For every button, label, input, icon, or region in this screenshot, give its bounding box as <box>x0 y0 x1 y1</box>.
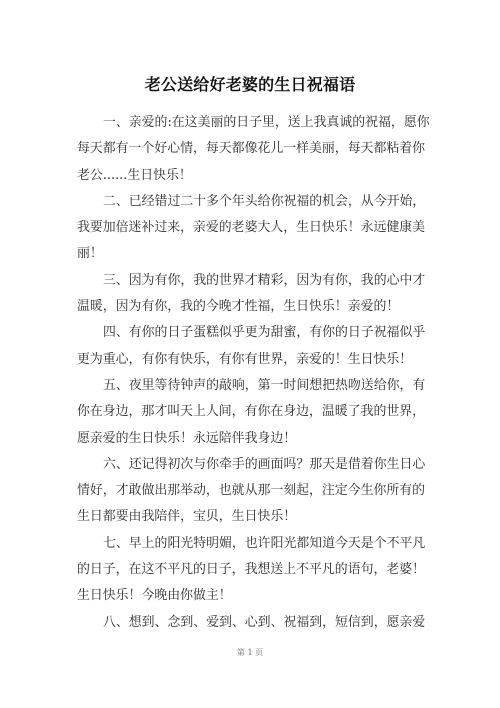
text-line: 我要加倍迷补过来，亲爱的老婆大人，生日快乐！永远健康美 <box>77 215 427 241</box>
document-body: 一、亲爱的:在这美丽的日子里，送上我真诚的祝福，愿你 每天都有一个好心情，每天都… <box>77 110 427 636</box>
text-line: 七、早上的阳光特明媚，也许阳光都知道今天是个不平凡 <box>77 531 427 557</box>
text-line: 四、有你的日子蛋糕似乎更为甜蜜，有你的日子祝福似乎 <box>77 320 427 346</box>
text-line: 一、亲爱的:在这美丽的日子里，送上我真诚的祝福，愿你 <box>77 110 427 136</box>
text-line: 六、还记得初次与你牵手的画面吗？那天是借着你生日心 <box>77 452 427 478</box>
text-line: 的日子，在这不平凡的日子，我想送上不平凡的语句，老婆！ <box>77 557 427 583</box>
document-title: 老公送给好老婆的生日祝福语 <box>0 75 500 95</box>
text-line: 更为重心，有你有快乐，有你有世界，亲爱的！生日快乐！ <box>77 347 427 373</box>
text-line: 愿亲爱的生日快乐！永远陪伴我身边！ <box>77 426 427 452</box>
text-line: 生日都要由我陪伴，宝贝，生日快乐！ <box>77 504 427 530</box>
text-line: 丽！ <box>77 241 427 267</box>
document-page: 老公送给好老婆的生日祝福语 一、亲爱的:在这美丽的日子里，送上我真诚的祝福，愿你… <box>0 0 500 708</box>
text-line: 二、已经错过二十多个年头给你祝福的机会，从今开始， <box>77 189 427 215</box>
text-line: 情好，才敢做出那举动，也就从那一刻起，注定今生你所有的 <box>77 478 427 504</box>
text-line: 五、夜里等待钟声的敲响，第一时间想把热吻送给你，有 <box>77 373 427 399</box>
text-line: 每天都有一个好心情，每天都像花儿一样美丽，每天都粘着你 <box>77 136 427 162</box>
text-line: 温暖，因为有你，我的今晚才性福，生日快乐！亲爱的！ <box>77 294 427 320</box>
text-line: 三、因为有你，我的世界才精彩，因为有你，我的心中才 <box>77 268 427 294</box>
text-line: 八、想到、念到、爱到、心到、祝福到，短信到，愿亲爱 <box>77 610 427 636</box>
page-number: 第 1 页 <box>0 647 500 659</box>
text-line: 生日快乐！今晚由你做主！ <box>77 583 427 609</box>
text-line: 老公......生日快乐！ <box>77 163 427 189</box>
text-line: 你在身边，那才叫天上人间，有你在身边，温暖了我的世界， <box>77 399 427 425</box>
